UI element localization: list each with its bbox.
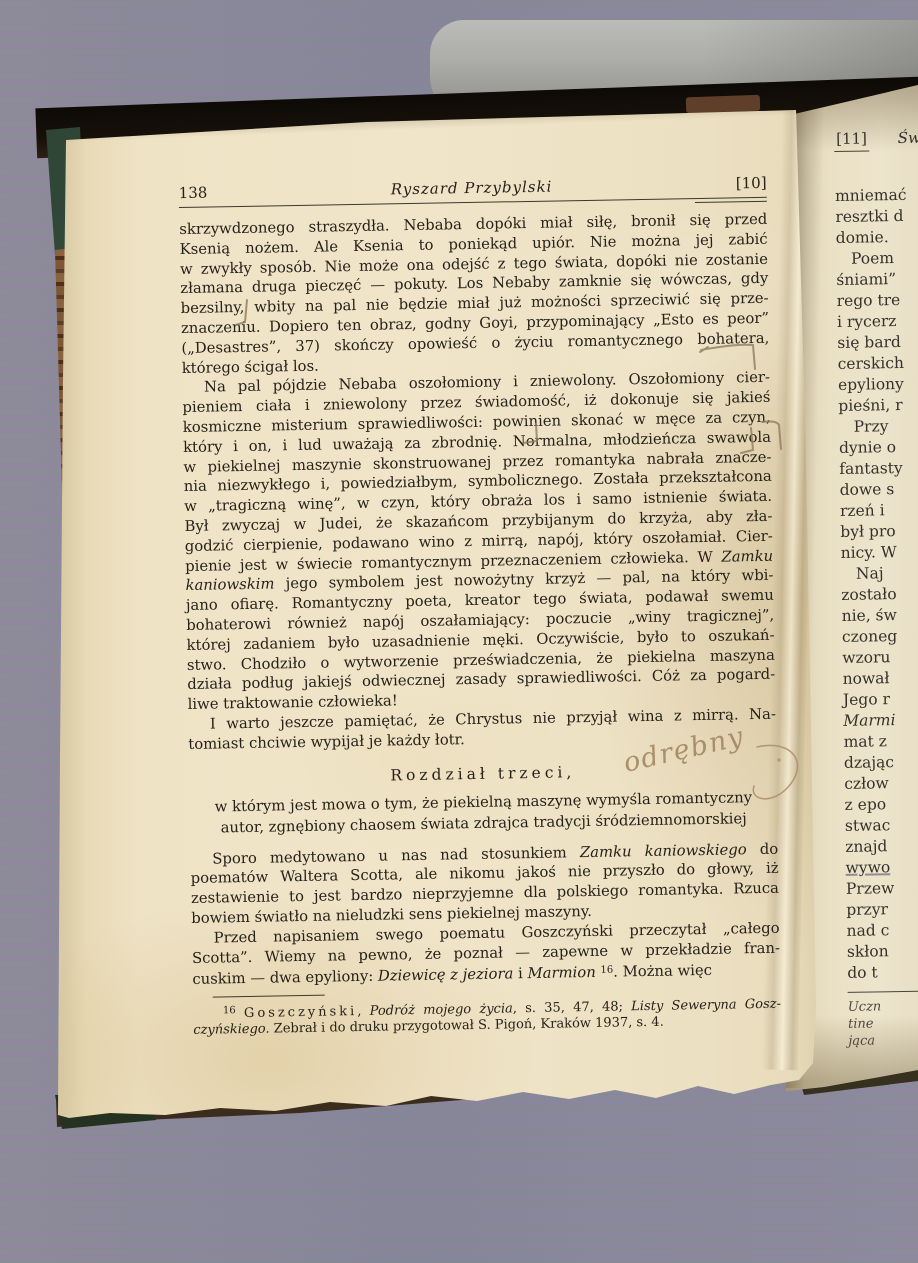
right-footnote-line: jąca [848, 1031, 918, 1050]
right-text-line: z epo [844, 793, 918, 816]
right-text-line: wzoru [842, 646, 918, 669]
right-text-line: dzając [844, 751, 918, 774]
right-footnote-lines: Uczntinejąca [848, 997, 918, 1050]
chapter-subtitle: w którym jest mowa o tym, że piekielną m… [189, 786, 778, 838]
right-text-line: nie, św [841, 604, 918, 627]
paragraph: Sporo medytowano u nas nad stosunkiem Za… [190, 839, 779, 928]
right-text-line: znajd [845, 835, 918, 858]
right-running-title: Świ [898, 129, 918, 147]
right-text-line: Jego r [843, 688, 918, 711]
paragraph: skrzywdzonego straszydła. Nebaba dopóki … [179, 210, 770, 379]
right-footnote-rule [848, 991, 918, 993]
right-text-line: dowe s [839, 478, 918, 501]
right-page-footnote: Uczntinejąca [848, 990, 918, 1050]
right-text-line: Marmi [843, 709, 918, 732]
right-text-line: dynie o [839, 436, 918, 459]
left-page: 138 Ryszard Przybylski [10] skrzywdzoneg… [0, 0, 918, 1263]
right-text-line: się bard [837, 331, 918, 354]
right-text-line: przyr [846, 898, 918, 921]
running-head: 138 Ryszard Przybylski [10] [179, 174, 767, 204]
book-top-edge-brown [686, 95, 761, 114]
body-text-top: skrzywdzonego straszydła. Nebaba dopóki … [179, 210, 776, 755]
right-text-line: fantasty [839, 457, 918, 480]
right-text-line: mat z [843, 730, 918, 753]
right-text-line: Przew [846, 877, 918, 900]
right-text-line: nował [842, 667, 918, 690]
footnote-lines: 16 Goszczyński, Podróż mojego życia, s. … [193, 993, 782, 1040]
right-text-line: śniami” [836, 268, 918, 291]
right-text-line: wywo [845, 856, 918, 879]
right-text-line: stwac [845, 814, 918, 837]
footnote-rule [213, 995, 325, 998]
issue-marker: [10] [736, 174, 767, 193]
right-text-line: cerskich [838, 352, 918, 375]
right-text-line: mniemać [835, 184, 918, 207]
right-text-line: resztki d [835, 205, 918, 228]
right-text-line: zostało [841, 583, 918, 606]
right-text-line: i rycerz [837, 310, 918, 333]
right-running-head: [11] Świ [834, 128, 918, 152]
running-head-rule-right [695, 201, 767, 203]
right-text-line: domie. [836, 226, 918, 249]
right-text-line: skłon [847, 940, 918, 963]
paragraph: Na pal pójdzie Nebaba oszołomiony i znie… [182, 368, 776, 715]
right-text-line: czoneg [842, 625, 918, 648]
right-text-line: pieśni, r [838, 394, 918, 417]
running-title: Ryszard Przybylski [391, 178, 553, 199]
right-text-line: rego tre [837, 289, 918, 312]
right-text-line: rzeń i [840, 499, 918, 522]
page-number: 138 [179, 184, 208, 202]
right-text-line: nad c [846, 919, 918, 942]
right-text-line: nicy. W [840, 541, 918, 564]
right-text-line: był pro [840, 520, 918, 543]
right-text-line: Przy [839, 415, 918, 438]
right-text-line: Poem [836, 247, 918, 270]
right-text-line: Naj [841, 562, 918, 585]
body-text-bottom: Sporo medytowano u nas nad stosunkiem Za… [190, 839, 780, 988]
scanned-book-photo: [11] Świ mniemaćresztki ddomie.Poemśniam… [0, 0, 918, 1263]
right-footnote-line: Uczn [848, 997, 918, 1016]
right-text-line: człow [844, 772, 918, 795]
right-text-line: epyliony [838, 373, 918, 396]
page-content: 138 Ryszard Przybylski [10] skrzywdzoneg… [179, 174, 782, 1040]
right-page-content: [11] Świ mniemaćresztki ddomie.Poemśniam… [834, 128, 918, 152]
right-page-lines: mniemaćresztki ddomie.Poemśniami”rego tr… [835, 184, 918, 984]
paragraph: Przed napisaniem swego poematu Goszczyńs… [192, 918, 781, 988]
footnote: 16 Goszczyński, Podróż mojego życia, s. … [193, 987, 782, 1040]
right-issue-marker: [11] [834, 129, 869, 152]
chapter-heading: Rozdział trzeci, [189, 759, 777, 787]
right-footnote-line: tine [848, 1014, 918, 1033]
right-text-line: do t [847, 961, 918, 984]
